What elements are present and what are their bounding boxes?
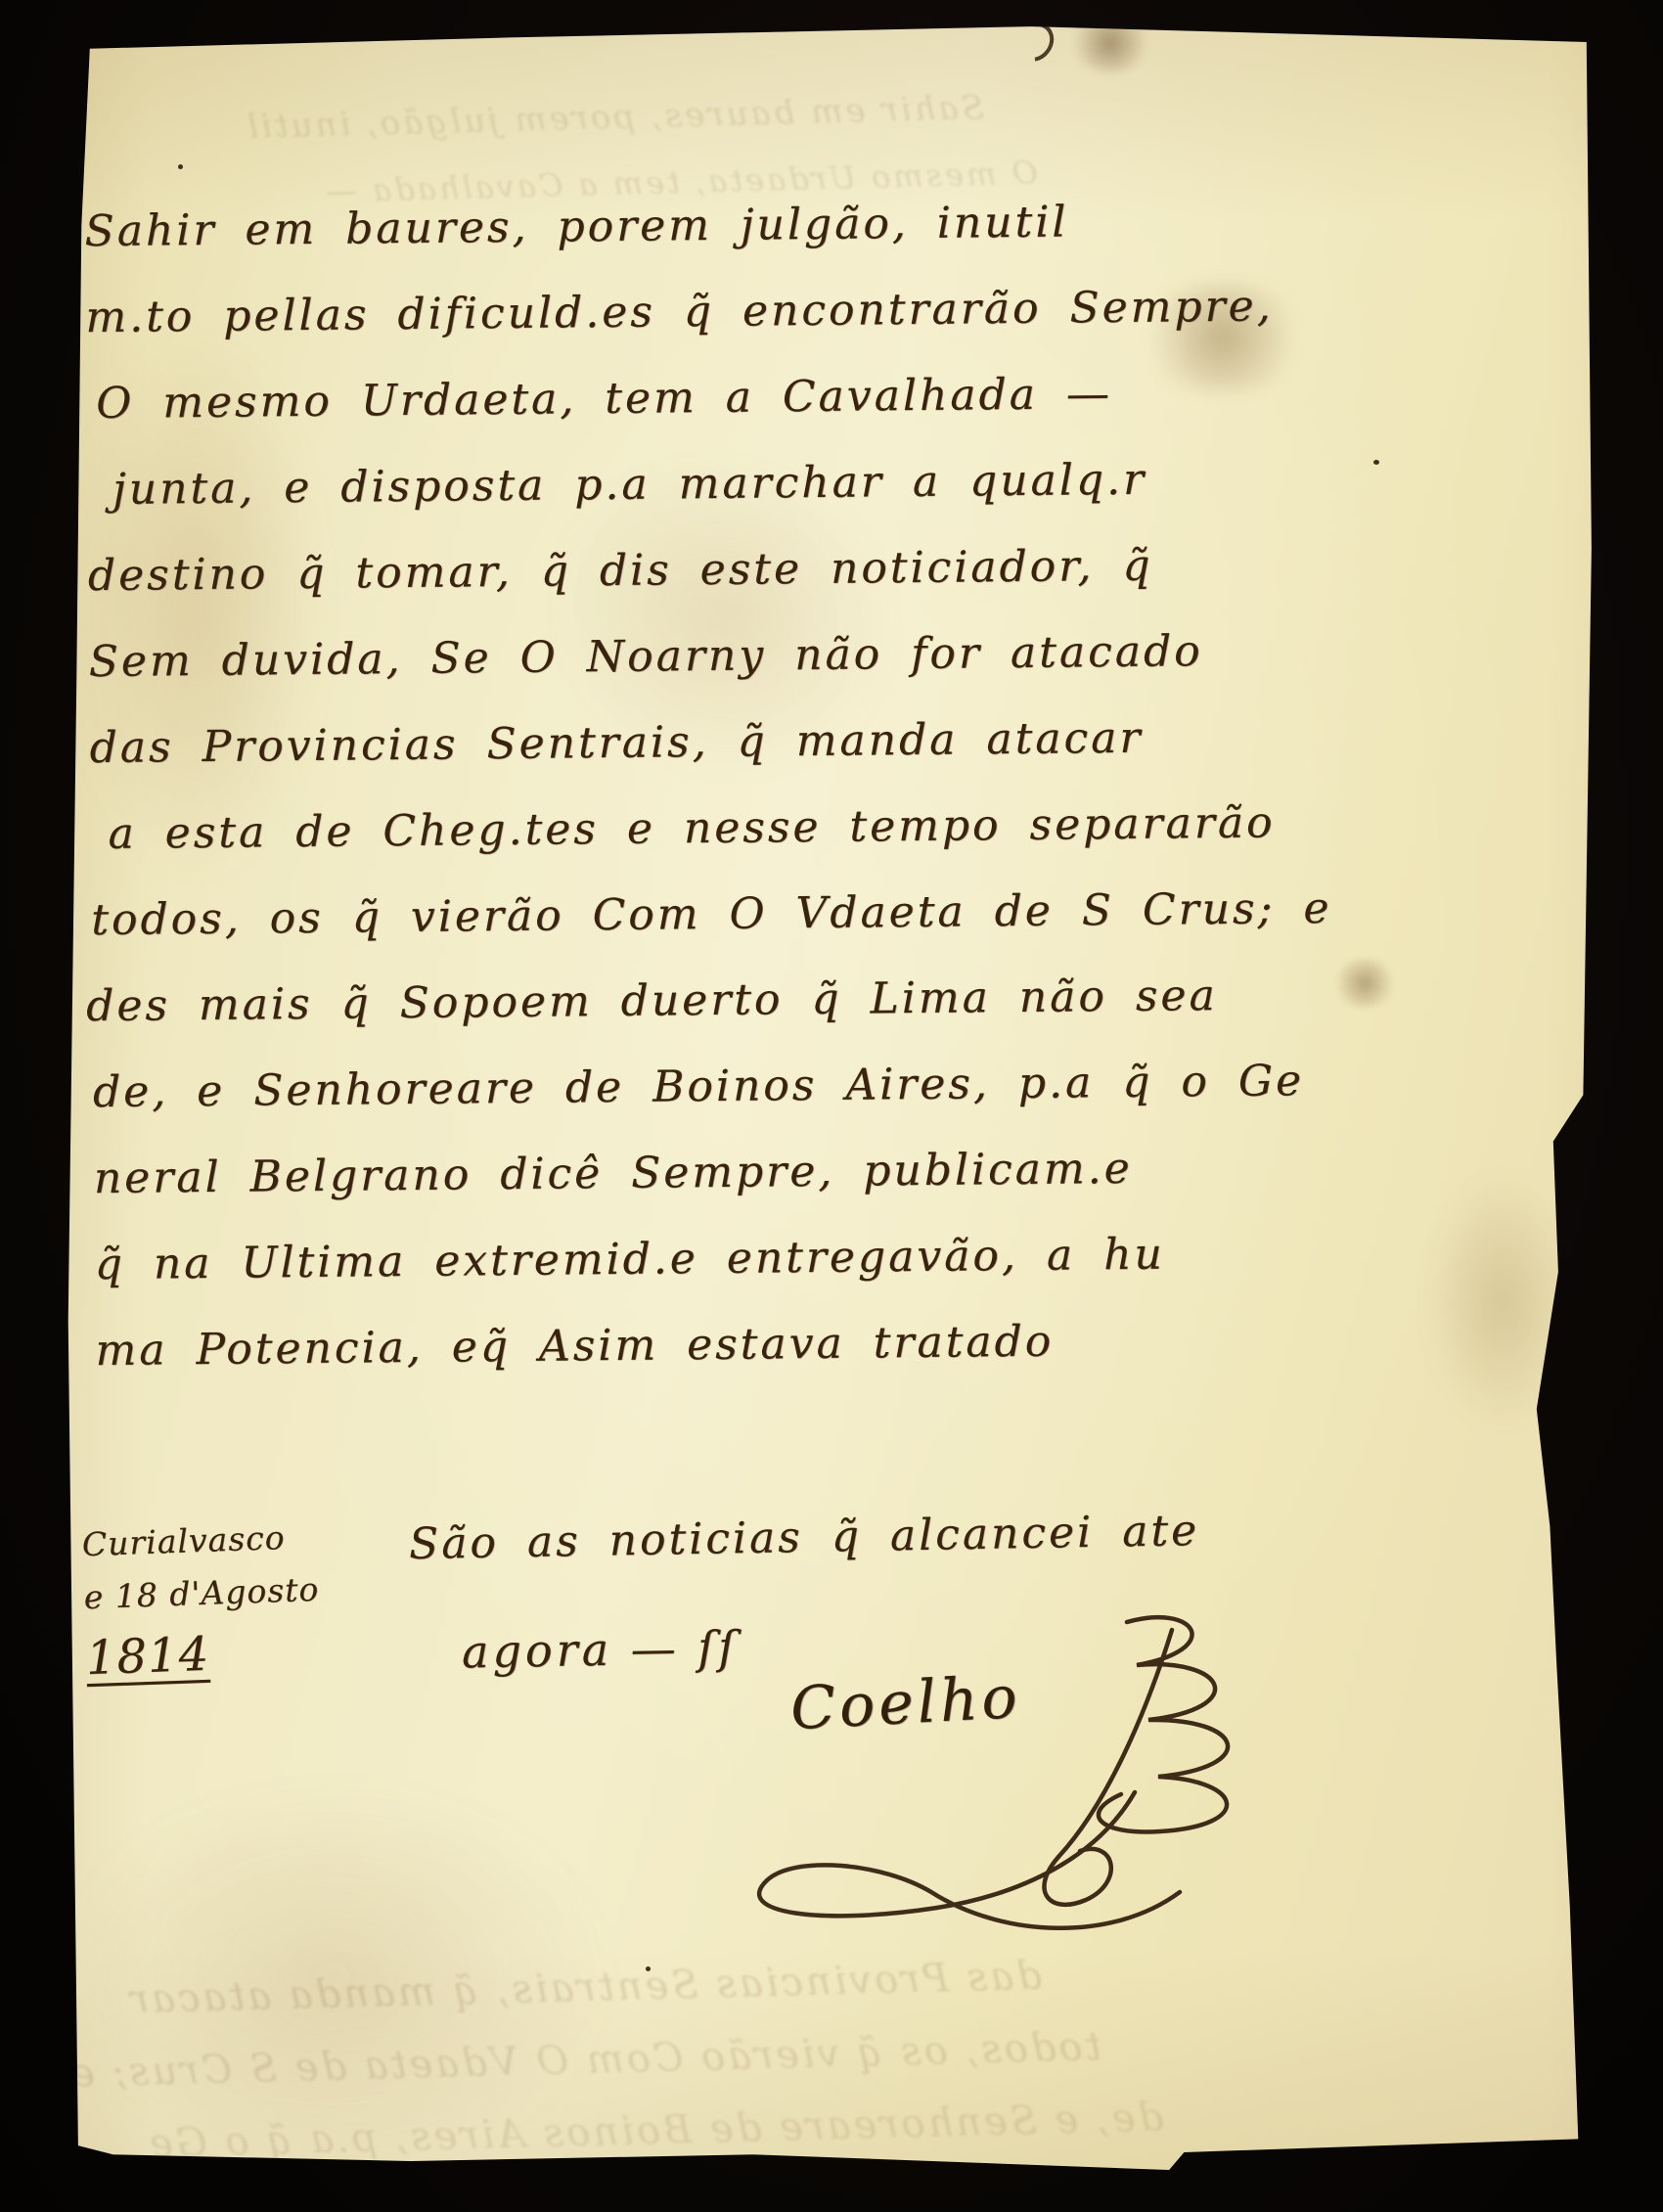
ink-blot	[1009, 15, 1061, 68]
manuscript-line: O mesmo Urdaeta, tem a Cavalhada —	[96, 347, 1535, 447]
signature-rubric	[675, 1601, 1242, 1963]
signature: Coelho	[788, 1663, 1022, 1743]
closing-line: São as noticias q̃ alcancei ate	[408, 1488, 1200, 1588]
manuscript-line: a esta de Cheg.tes e nesse tempo separar…	[108, 778, 1539, 878]
date-line: e 18 d'Agosto	[83, 1563, 320, 1624]
photo-background: Sahir em baures, porem julgão, inutil O …	[0, 0, 1663, 2212]
manuscript-line: neral Belgrano dicê Sempre, publicam.e	[93, 1122, 1542, 1222]
manuscript-line: q̃ na Ultima extremid.e entregavão, a hu	[94, 1208, 1543, 1308]
year: 1814	[85, 1616, 323, 1693]
manuscript-line: junta, e disposta p.a marchar a qualq.r	[112, 433, 1536, 533]
manuscript-page: Sahir em baures, porem julgão, inutil O …	[0, 0, 1663, 2212]
place-name: Curialvasco	[81, 1511, 318, 1571]
manuscript-line: destino q̃ tomar, q̃ dis este noticiador…	[87, 519, 1536, 619]
manuscript-line: Sem duvida, Se O Noarny não for atacado	[88, 606, 1537, 705]
closing-line: agora — ſſ	[461, 1604, 740, 1695]
manuscript-line: de, e Senhoreare de Boinos Aires, p.a q̃…	[93, 1036, 1542, 1136]
manuscript-line: ma Potencia, eq̃ Asim estava tratado	[95, 1294, 1544, 1394]
place-date-block: Curialvasco e 18 d'Agosto 1814	[81, 1511, 323, 1693]
manuscript-line: des mais q̃ Sopoem duerto q̃ Lima não se…	[86, 950, 1541, 1050]
manuscript-line: Sahir em baures, porem julgão, inutil	[84, 175, 1533, 275]
manuscript-line: todos, os q̃ vierão Com O Vdaeta de S Cr…	[91, 864, 1540, 964]
stain	[1066, 14, 1154, 72]
manuscript-line: das Provincias Sentrais, q̃ manda atacar	[89, 692, 1538, 791]
dust-speck	[178, 164, 183, 169]
manuscript-body: Sahir em baures, porem julgão, inutil m.…	[84, 175, 1544, 1394]
manuscript-line: m.to pellas dificuld.es q̃ encontrarão S…	[85, 261, 1534, 361]
